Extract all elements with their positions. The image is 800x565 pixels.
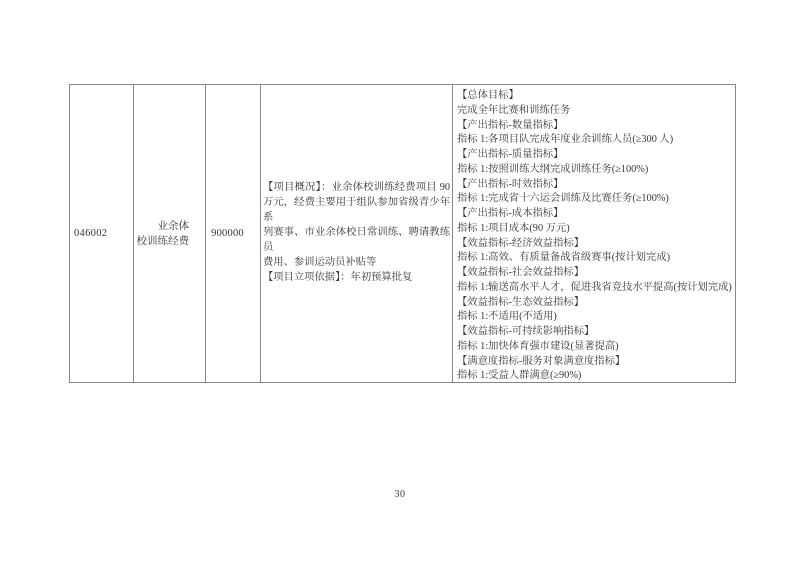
indicator-text-line: 指标 1:不适用(不适用) bbox=[457, 310, 732, 325]
overview-text-line: 费用、参训运动员补贴等 bbox=[263, 256, 450, 271]
indicator-text-line: 【效益指标-经济效益指标】 bbox=[457, 237, 732, 252]
project-name-line-2: 校训练经费 bbox=[134, 234, 189, 249]
indicator-text-line: 指标 1:各项目队完成年度业余训练人员(≥300 人) bbox=[457, 133, 732, 148]
indicator-text-line: 【效益指标-生态效益指标】 bbox=[457, 296, 732, 311]
indicator-text-line: 【效益指标-社会效益指标】 bbox=[457, 266, 732, 281]
overview-text-line: 万元，经费主要用于组队参加省级青少年系 bbox=[263, 196, 450, 226]
project-code: 046002 bbox=[74, 228, 107, 239]
page-number: 30 bbox=[0, 489, 800, 500]
indicator-text-line: 【产出指标-质量指标】 bbox=[457, 148, 732, 163]
indicator-text-line: 指标 1:受益人群满意(≥90%) bbox=[457, 369, 732, 382]
indicator-text-line: 【产出指标-时效指标】 bbox=[457, 178, 732, 193]
indicator-text-line: 【满意度指标-服务对象满意度指标】 bbox=[457, 355, 732, 370]
budget-amount: 900000 bbox=[211, 228, 244, 239]
project-code-cell: 046002 bbox=[70, 85, 134, 382]
document-page: 046002 业余体 校训练经费 900000 【项目概况】：业余体校训练经费项… bbox=[0, 0, 800, 565]
indicator-text-line: 完成全年比赛和训练任务 bbox=[457, 104, 732, 119]
indicator-text-line: 指标 1:加快体育强市建设(显著提高) bbox=[457, 340, 732, 355]
indicator-text-line: 指标 1:输送高水平人才，促进我省竞技水平提高(按计划完成) bbox=[457, 281, 732, 296]
performance-indicators-cell: 【总体目标】完成全年比赛和训练任务【产出指标-数量指标】指标 1:各项目队完成年… bbox=[453, 85, 735, 382]
indicator-text-line: 【产出指标-成本指标】 bbox=[457, 207, 732, 222]
overview-text-line: 列赛事、市业余体校日常训练、聘请教练员 bbox=[263, 226, 450, 256]
indicator-text-line: 指标 1:项目成本(90 万元) bbox=[457, 222, 732, 237]
indicator-text-line: 【产出指标-数量指标】 bbox=[457, 119, 732, 134]
budget-amount-cell: 900000 bbox=[206, 85, 261, 382]
indicator-text-line: 指标 1:按照训练大纲完成训练任务(≥100%) bbox=[457, 163, 732, 178]
project-name-cell: 业余体 校训练经费 bbox=[134, 85, 206, 382]
project-name-line-1: 业余体 bbox=[134, 219, 189, 234]
project-budget-table: 046002 业余体 校训练经费 900000 【项目概况】：业余体校训练经费项… bbox=[69, 84, 736, 383]
overview-text-line: 【项目概况】：业余体校训练经费项目 90 bbox=[263, 181, 450, 196]
indicator-text-line: 【效益指标-可持续影响指标】 bbox=[457, 325, 732, 340]
project-overview-cell: 【项目概况】：业余体校训练经费项目 90万元，经费主要用于组队参加省级青少年系列… bbox=[261, 85, 453, 382]
overview-text-line: 【项目立项依据】：年初预算批复 bbox=[263, 271, 450, 286]
indicator-text-line: 指标 1:高效、有质量备战省级赛事(按计划完成) bbox=[457, 251, 732, 266]
indicator-text-line: 【总体目标】 bbox=[457, 89, 732, 104]
indicator-text-line: 指标 1:完成省十六运会训练及比赛任务(≥100%) bbox=[457, 192, 732, 207]
